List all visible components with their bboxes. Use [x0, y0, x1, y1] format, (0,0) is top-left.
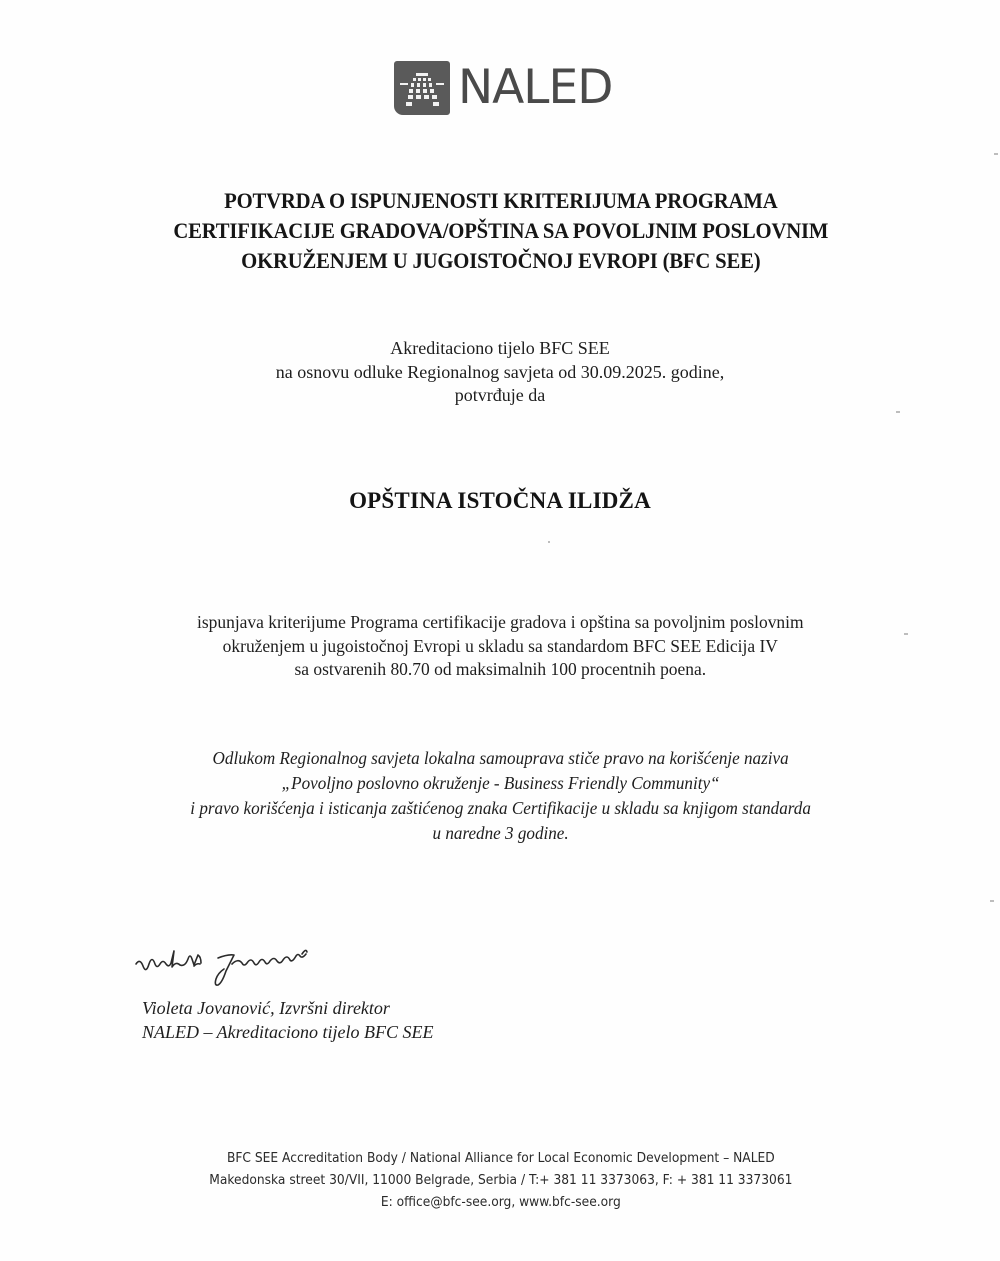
signer-block: Violeta Jovanović, Izvršni direktor NALE… — [142, 996, 433, 1044]
decision-line: i pravo korišćenja i isticanja zaštićeno… — [26, 796, 976, 821]
naled-logo: NALED — [394, 60, 612, 116]
naled-logo-text: NALED — [458, 60, 612, 116]
signer-organization: NALED – Akreditaciono tijelo BFC SEE — [142, 1020, 433, 1044]
criteria-paragraph: ispunjava kriterijume Programa certifika… — [15, 611, 985, 682]
footer-line: E: office@bfc-see.org, www.bfc-see.org — [36, 1192, 966, 1214]
footer-contact: BFC SEE Accreditation Body / National Al… — [36, 1148, 966, 1214]
scan-speck — [896, 411, 900, 413]
decision-line: „Povoljno poslovno okruženje - Business … — [26, 771, 976, 796]
footer-line: Makedonska street 30/VII, 11000 Belgrade… — [36, 1170, 966, 1192]
intro-line: na osnovu odluke Regionalnog savjeta od … — [0, 361, 1000, 385]
footer-line: BFC SEE Accreditation Body / National Al… — [36, 1148, 966, 1170]
scan-speck — [904, 633, 908, 635]
intro-line: potvrđuje da — [0, 384, 1000, 408]
decision-paragraph: Odlukom Regionalnog savjeta lokalna samo… — [26, 746, 976, 846]
decision-line: Odlukom Regionalnog savjeta lokalna samo… — [26, 746, 976, 771]
criteria-line: sa ostvarenih 80.70 od maksimalnih 100 p… — [15, 658, 985, 682]
handwritten-signature — [132, 940, 372, 1000]
scan-speck — [990, 900, 994, 902]
title-line: OKRUŽENJEM U JUGOISTOČNOJ EVROPI (BFC SE… — [41, 246, 961, 276]
title-line: CERTIFIKACIJE GRADOVA/OPŠTINA SA POVOLJN… — [41, 216, 961, 246]
intro-line: Akreditaciono tijelo BFC SEE — [0, 337, 1000, 361]
document-title: POTVRDA O ISPUNJENOSTI KRITERIJUMA PROGR… — [41, 186, 961, 276]
certificate-page: NALED POTVRDA O ISPUNJENOSTI KRITERIJUMA… — [0, 0, 1000, 1261]
decision-line: u naredne 3 godine. — [26, 821, 976, 846]
municipality-name: OPŠTINA ISTOČNA ILIDŽA — [0, 486, 1000, 516]
scan-speck — [548, 541, 550, 543]
signer-name: Violeta Jovanović, Izvršni direktor — [142, 996, 433, 1020]
naled-logo-icon — [394, 61, 450, 115]
scan-speck — [994, 153, 998, 155]
intro-paragraph: Akreditaciono tijelo BFC SEE na osnovu o… — [0, 337, 1000, 408]
criteria-line: okruženjem u jugoistočnoj Evropi u sklad… — [15, 635, 985, 659]
criteria-line: ispunjava kriterijume Programa certifika… — [15, 611, 985, 635]
title-line: POTVRDA O ISPUNJENOSTI KRITERIJUMA PROGR… — [41, 186, 961, 216]
